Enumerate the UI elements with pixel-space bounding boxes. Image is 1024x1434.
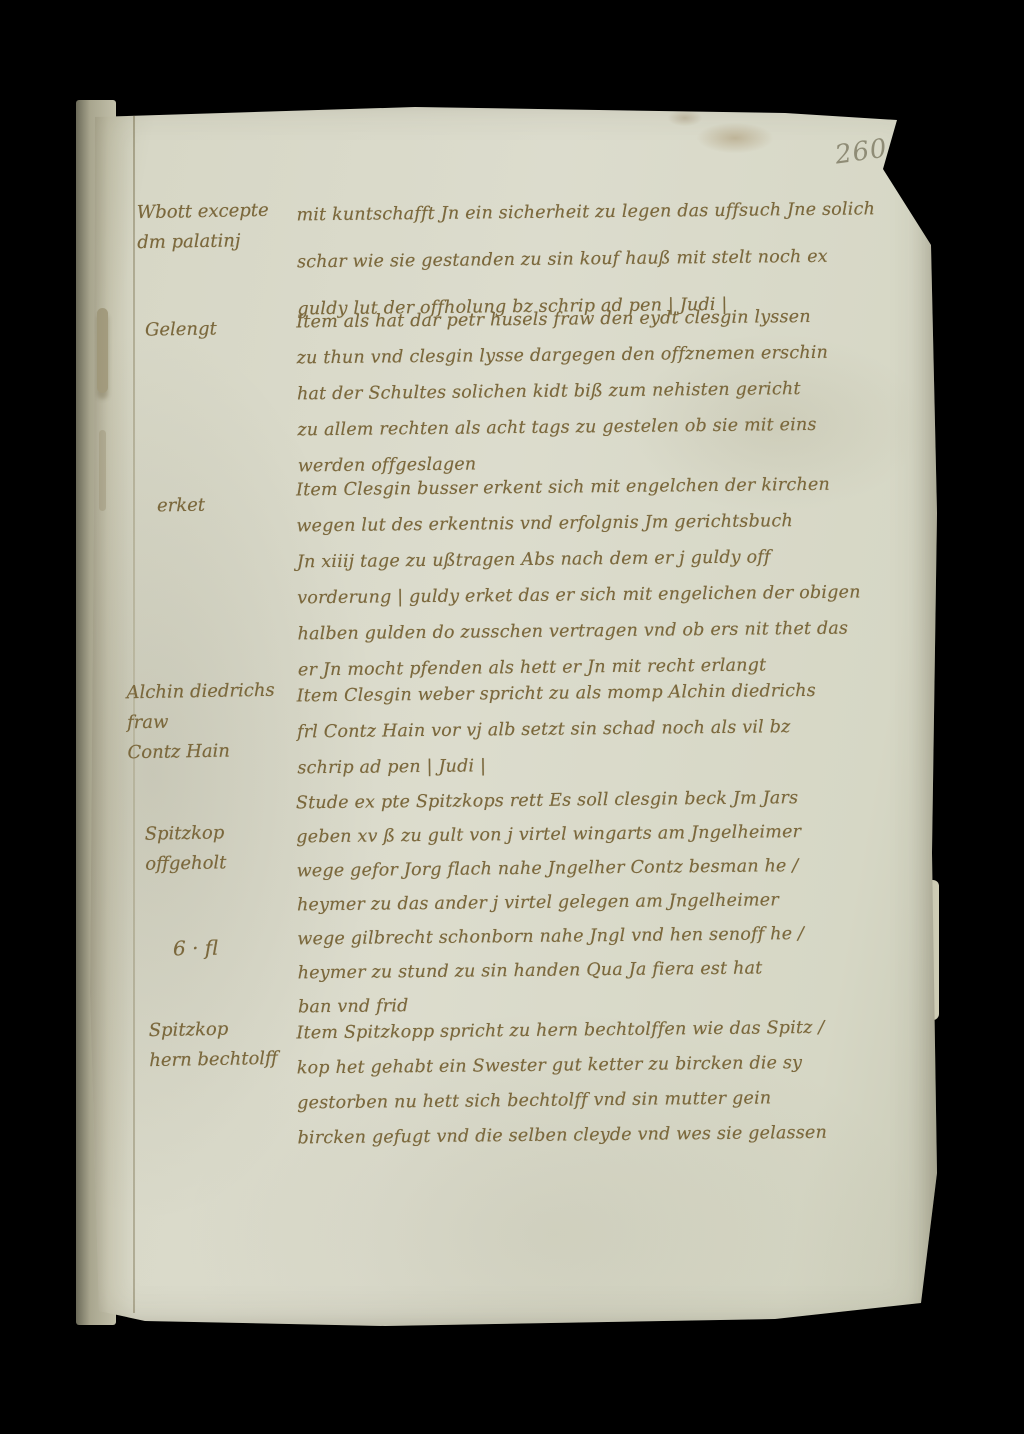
entry-block: Stude ex pte Spitzkops rett Es soll cles… (296, 780, 938, 1025)
margin-note-line: dm palatinj (137, 226, 270, 258)
margin-note-line: Spitzkop (144, 818, 226, 849)
margin-note-six-florin: 6 · fl (173, 933, 219, 964)
margin-note-line: 6 · fl (173, 933, 219, 964)
entry-block: Item als hat dar petr husels fraw den ey… (296, 298, 938, 485)
margin-note-gelengt: Gelengt (145, 314, 217, 345)
entry-line: schar wie sie gestanden zu sin kouf hauß… (297, 233, 937, 287)
margin-note-line: Contz Hain (127, 736, 276, 769)
margin-note-line: fraw (127, 706, 276, 739)
entry-line: bircken gefugt vnd die selben cleyde vnd… (297, 1115, 937, 1157)
entry-line: halben gulden do zusschen vertragen vnd … (297, 610, 937, 653)
margin-note-line: Gelengt (145, 314, 217, 345)
entry-block: Item Clesgin busser erkent sich mit enge… (296, 466, 938, 689)
margin-note-alchin-diedrichs: Alchin diedrichs fraw Contz Hain (126, 676, 276, 769)
glue-spot (97, 308, 108, 393)
margin-note-erket: erket (157, 491, 206, 522)
margin-note-line: Alchin diedrichs (126, 676, 275, 709)
margin-note-line: Spitzkop (148, 1014, 277, 1046)
entry-line: mit kuntschafft Jn ein sicherheit zu leg… (296, 186, 936, 240)
margin-note-line: hern bechtolff (149, 1044, 278, 1076)
folio-number: 260 (833, 133, 889, 170)
margin-note-line: Wbott excepte (136, 196, 269, 228)
margin-note-gebott-excepte: Wbott excepte dm palatinj (136, 196, 269, 258)
entry-block: Item Spitzkopp spricht zu hern bechtolff… (296, 1010, 937, 1157)
margin-note-line: offgeholt (145, 848, 227, 879)
manuscript-scan: 260 Wbott excepte dm palatinj Gelengt er… (0, 0, 1024, 1434)
entry-block: Item Clesgin weber spricht zu als momp A… (296, 672, 937, 787)
margin-note-spitzkop-offgeholt: Spitzkop offgeholt (144, 818, 226, 879)
margin-note-spitzkop-bechtolff: Spitzkop hern bechtolff (148, 1014, 278, 1076)
margin-note-line: erket (157, 491, 206, 522)
manuscript-page: 260 Wbott excepte dm palatinj Gelengt er… (85, 93, 937, 1333)
